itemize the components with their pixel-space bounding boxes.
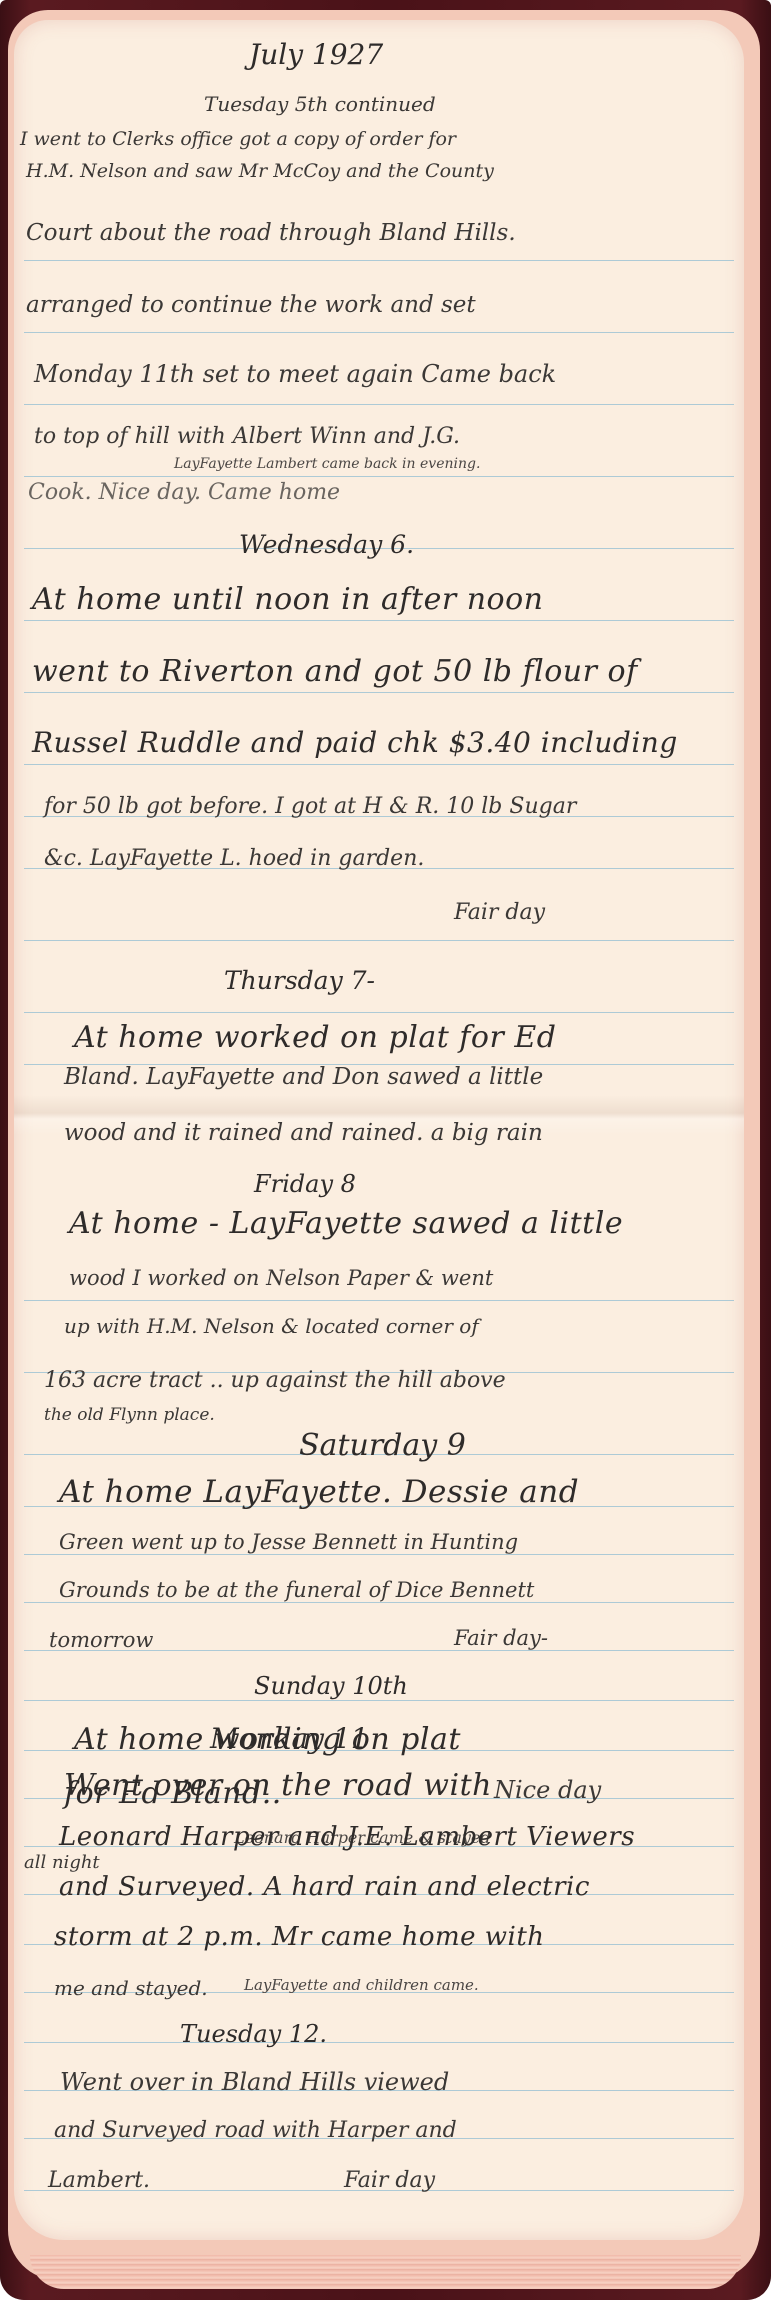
weather-note: Fair day	[344, 2168, 435, 2193]
diary-line: me and stayed.	[54, 1976, 208, 2000]
diary-line: Went over on the road with	[64, 1768, 492, 1803]
monday-tuesday-section: Monday 11 Went over on the road with Leo…	[14, 0, 744, 2319]
day-heading: Monday 11	[210, 1722, 369, 1755]
day-heading: Tuesday 12.	[180, 2020, 327, 2048]
diary-line: and Surveyed. A hard rain and electric	[59, 1872, 590, 1902]
page-edges-bottom	[30, 2255, 741, 2289]
diary-line: Leonard Harper and J.E. Lambert Viewers	[59, 1822, 635, 1852]
diary-line: Lambert.	[48, 2168, 150, 2193]
diary-line: Went over in Bland Hills viewed	[60, 2068, 449, 2096]
diary-line: storm at 2 p.m. Mr came home with	[54, 1922, 545, 1952]
diary-insert: LayFayette and children came.	[244, 1976, 479, 1994]
diary-line: and Surveyed road with Harper and	[54, 2118, 457, 2143]
